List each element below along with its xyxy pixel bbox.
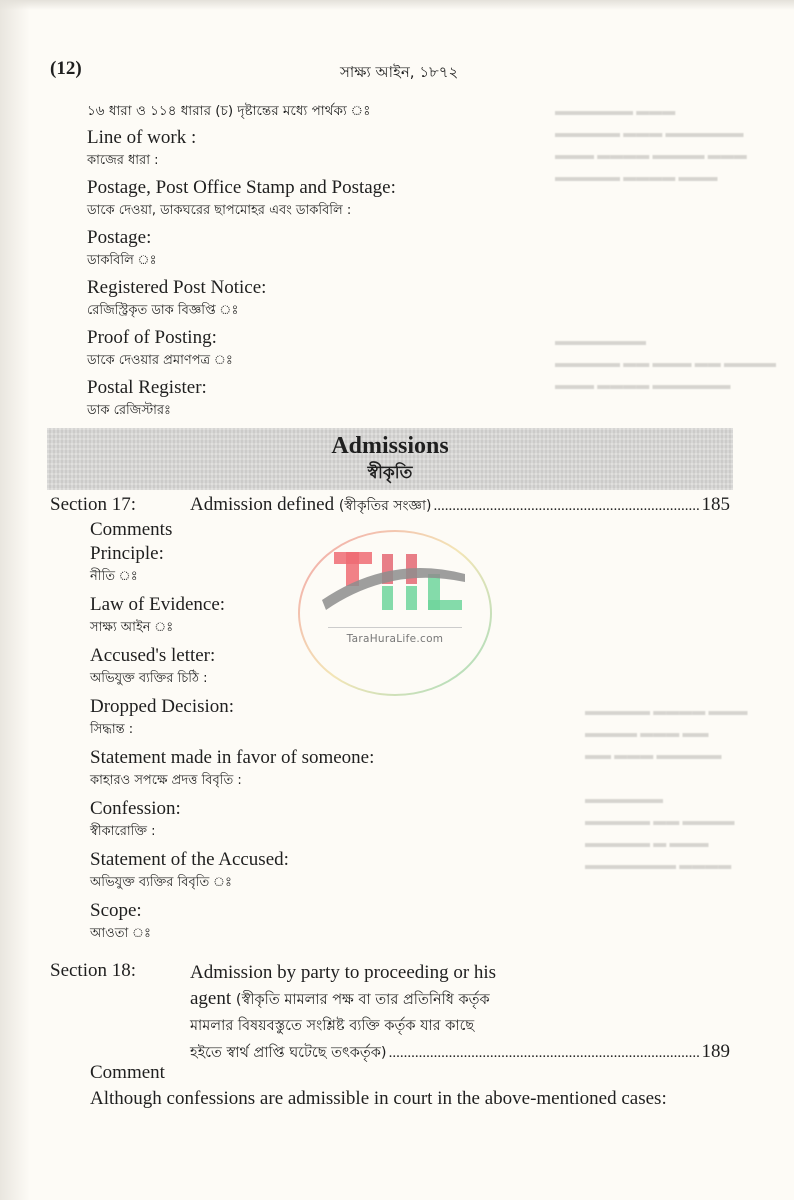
glossary-term: Confession:স্বীকারোক্তি : (90, 797, 590, 843)
term-bangla: আওতা ঃ (90, 923, 590, 945)
glossary-term: Postage, Post Office Stamp and Postage:ড… (87, 176, 747, 222)
term-english: Postage: (87, 226, 747, 250)
leader-dots (433, 494, 699, 516)
section-title-bn: (স্বীকৃতির সংজ্ঞা) (339, 494, 432, 518)
term-bangla: ডাকবিলি ঃ (87, 250, 747, 272)
term-bangla: স্বীকারোক্তি : (90, 821, 590, 843)
term-english: Postal Register: (87, 376, 747, 400)
watermark-rule (328, 627, 462, 628)
glossary-term: Scope:আওতা ঃ (90, 899, 590, 945)
watermark-logo: TaraHuraLife.com (298, 530, 492, 696)
term-english: Confession: (90, 797, 590, 821)
section-title: Admission defined (190, 494, 334, 516)
chapter-subtitle: স্বীকৃতি (47, 461, 733, 485)
glossary-term: Dropped Decision:সিদ্ধান্ত : (90, 695, 590, 741)
term-bangla: ডাকে দেওয়া, ডাকঘরের ছাপমোহর এবং ডাকবিলি… (87, 200, 747, 222)
term-bangla: রেজিস্ট্রিকৃত ডাক বিজ্ঞপ্তি ঃ (87, 300, 747, 322)
term-english: Scope: (90, 899, 590, 923)
glossary-term: Line of work :কাজের ধারা : (87, 126, 747, 172)
term-bangla: কাজের ধারা : (87, 150, 747, 172)
term-english: Proof of Posting: (87, 326, 747, 350)
term-english: Line of work : (87, 126, 747, 150)
term-bangla: সিদ্ধান্ত : (90, 719, 590, 741)
term-list: Line of work :কাজের ধারা :Postage, Post … (87, 126, 747, 422)
intro-line: ১৬ ধারা ও ১১৪ ধারার (চ) দৃষ্টান্তের মধ্য… (87, 96, 747, 126)
section-label: Section 18: (50, 960, 136, 982)
watermark-site: TaraHuraLife.com (298, 633, 492, 645)
glossary-term: Registered Post Notice:রেজিস্ট্রিকৃত ডাক… (87, 276, 747, 322)
running-title: সাক্ষ্য আইন, ১৮৭২ (340, 61, 458, 86)
page-header: (12) সাক্ষ্য আইন, ১৮৭২ (50, 58, 740, 88)
term-bangla: অভিযুক্ত ব্যক্তির বিবৃতি ঃ (90, 872, 590, 894)
term-english: Postage, Post Office Stamp and Postage: (87, 176, 747, 200)
page-top-shadow (0, 0, 794, 10)
section-label: Section 17: (50, 494, 136, 516)
glossary-term: Statement made in favor of someone:কাহার… (90, 746, 590, 792)
glossary-top: ১৬ ধারা ও ১১৪ ধারার (চ) দৃষ্টান্তের মধ্য… (87, 96, 747, 422)
thl-logo-icon (320, 544, 470, 614)
term-english: Registered Post Notice: (87, 276, 747, 300)
glossary-term: Postage:ডাকবিলি ঃ (87, 226, 747, 272)
page-ref: 185 (702, 494, 731, 516)
comment-heading: Comment (90, 1060, 740, 1086)
term-bangla: ডাক রেজিস্টারঃ (87, 400, 747, 422)
comment-paragraph: Comment Although confessions are admissi… (90, 1060, 740, 1112)
chapter-title: Admissions (47, 428, 733, 461)
term-bangla: কাহারও সপক্ষে প্রদত্ত বিবৃতি : (90, 770, 590, 792)
page-edge-shadow (0, 0, 30, 1200)
glossary-term: Proof of Posting:ডাকে দেওয়ার প্রমাণপত্র… (87, 326, 747, 372)
term-english: Statement made in favor of someone: (90, 746, 590, 770)
glossary-term: Postal Register:ডাক রেজিস্টারঃ (87, 376, 747, 422)
glossary-term: Statement of the Accused:অভিযুক্ত ব্যক্ত… (90, 848, 590, 894)
page-number: (12) (50, 58, 82, 80)
section-title-line: Admission by party to proceeding or his (190, 960, 730, 986)
chapter-banner: Admissions স্বীকৃতি (47, 428, 733, 490)
section-title-bn: (স্বীকৃতি মামলার পক্ষ বা তার প্রতিনিধি ক… (236, 992, 490, 1008)
comment-text: Although confessions are admissible in c… (90, 1086, 740, 1112)
book-page: ▬▬▬▬▬▬ ▬▬▬▬▬▬▬▬ ▬▬▬ ▬▬▬▬▬▬▬▬▬ ▬▬▬▬ ▬▬▬▬ … (0, 0, 794, 1200)
section-title-line: agent (190, 988, 231, 1009)
section-title-bn: মামলার বিষয়বস্তুতে সংশ্লিষ্ট ব্যক্তি কর… (190, 1013, 730, 1039)
term-english: Dropped Decision: (90, 695, 590, 719)
term-bangla: ডাকে দেওয়ার প্রমাণপত্র ঃ (87, 350, 747, 372)
show-through-text: ▬▬▬▬▬ ▬▬▬▬ ▬▬▬▬▬▬▬ ▬▬▬ ▬▬▬▬ ▬▬▬ ▬▬▬▬▬▬▬▬… (585, 700, 748, 876)
term-english: Statement of the Accused: (90, 848, 590, 872)
